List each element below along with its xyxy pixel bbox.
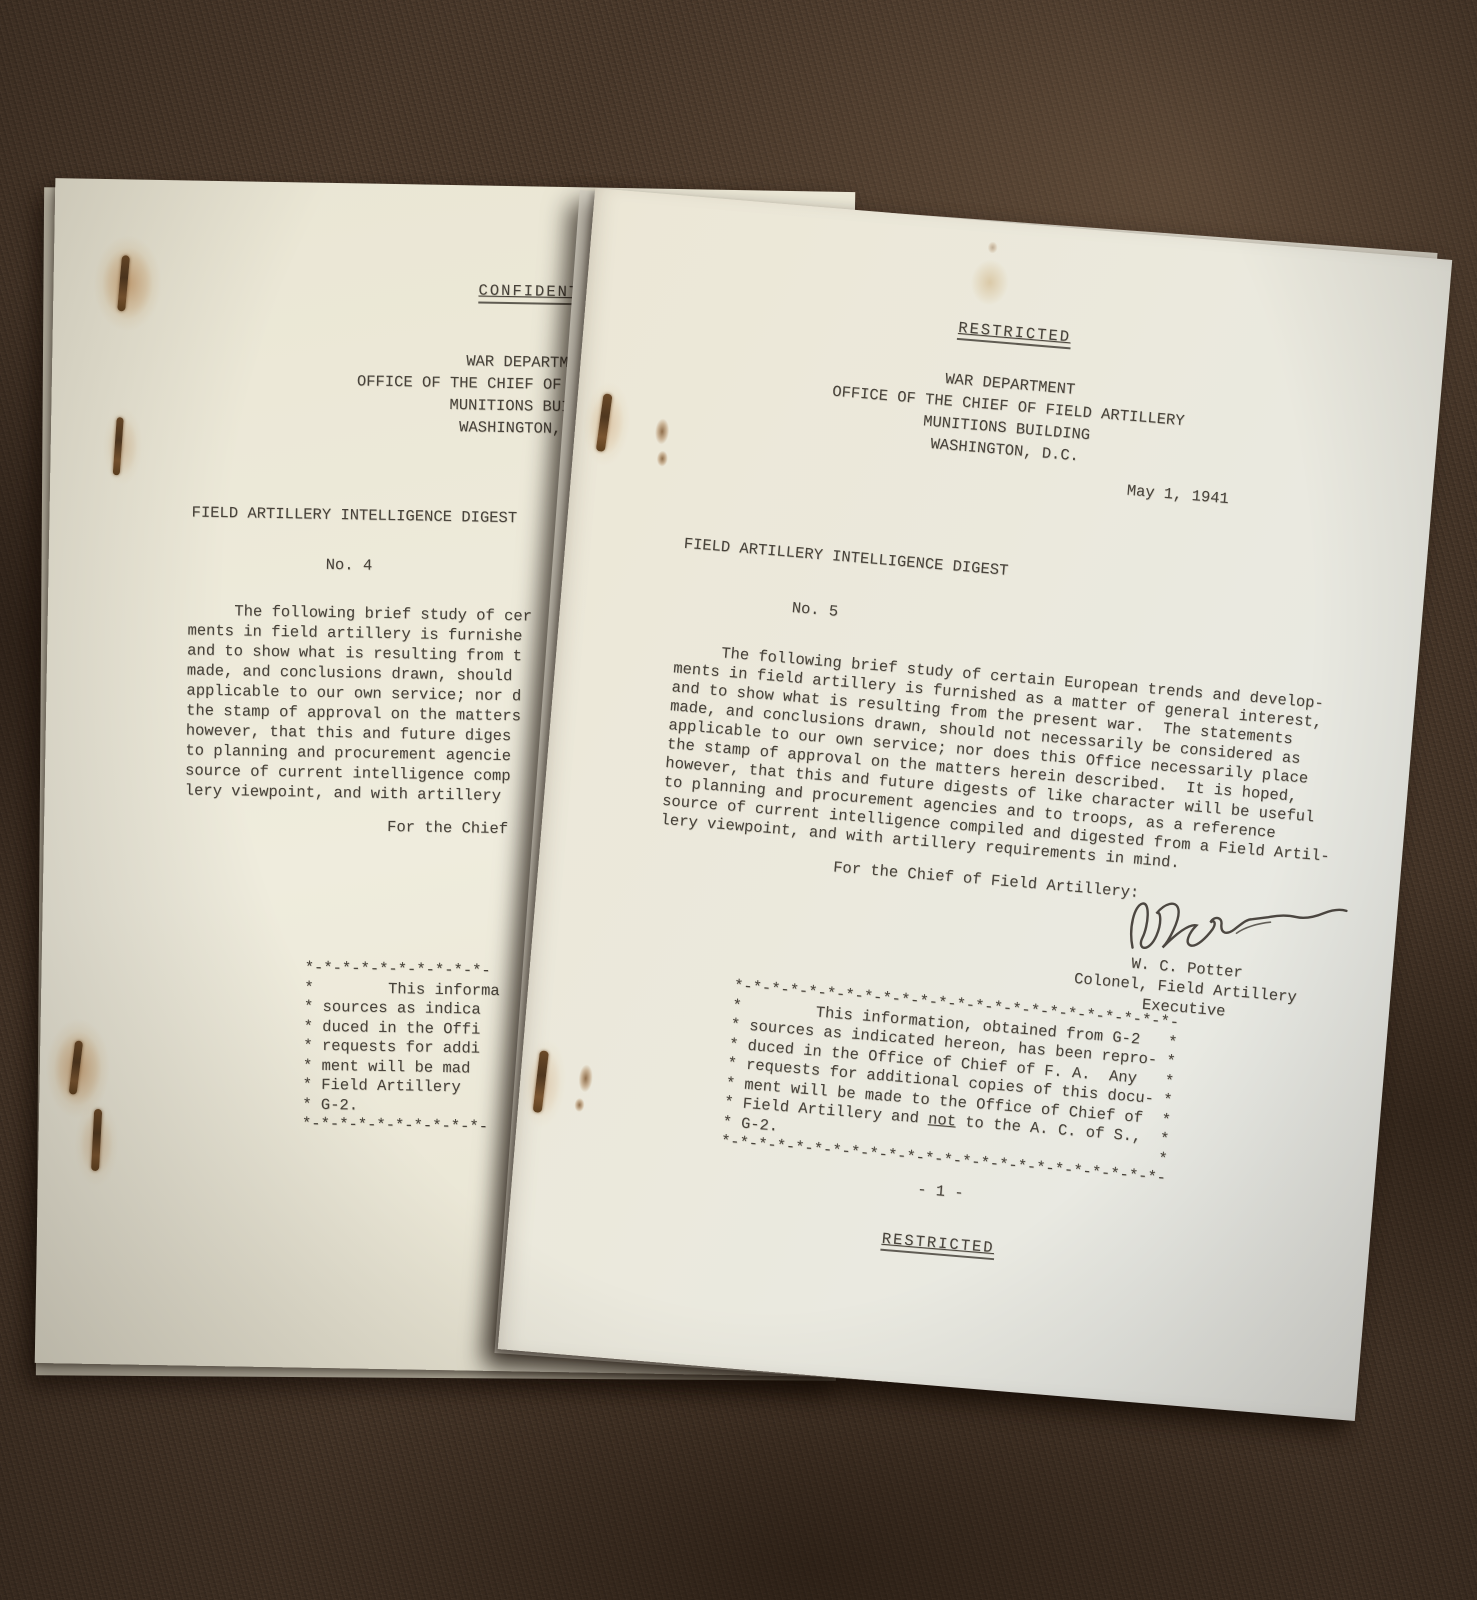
rust-stain — [574, 1098, 585, 1113]
photo-scene: CONFIDENTIA WAR DEPARTM OFFICE OF THE CH… — [0, 0, 1477, 1600]
note-box-border: *-*-*-*-*-*-*-*-*-*- — [304, 959, 500, 982]
front-note-box: *-*-*-*-*-*-*-*-*-*-*-*-*-*-*-*-*-*-*-*-… — [720, 977, 1180, 1189]
front-document: RESTRICTED WAR DEPARTMENT OFFICE OF THE … — [498, 188, 1452, 1421]
underlined-not: not — [927, 1110, 956, 1130]
restricted-label: RESTRICTED — [881, 1230, 995, 1260]
front-document-number: No. 5 — [791, 599, 839, 622]
note-box-line: * requests for addi — [303, 1037, 499, 1060]
back-document-title: FIELD ARTILLERY INTELLIGENCE DIGEST — [191, 503, 517, 529]
front-body-paragraph: The following brief study of certain Eur… — [660, 640, 1343, 885]
rust-stain — [656, 450, 668, 467]
front-document-title: FIELD ARTILLERY INTELLIGENCE DIGEST — [683, 535, 1009, 581]
rust-stain — [578, 1064, 594, 1093]
back-document-number: No. 4 — [326, 555, 373, 576]
paper-stain — [969, 258, 1011, 307]
back-note-box: *-*-*-*-*-*-*-*-*-*- * This informa * so… — [302, 959, 500, 1138]
note-box-border: *-*-*-*-*-*-*-*-*-*- — [302, 1115, 498, 1138]
note-box-line: * Field Artillery — [302, 1076, 498, 1099]
restricted-label: RESTRICTED — [957, 319, 1071, 349]
back-salutation: For the Chief — [387, 817, 508, 839]
back-body-paragraph: The following brief study of cer ments i… — [185, 600, 533, 806]
document-date: May 1, 1941 — [1126, 482, 1230, 509]
note-box-line: * sources as indica — [304, 998, 500, 1021]
front-classification-bottom: RESTRICTED — [509, 1199, 1368, 1290]
paper-stain — [987, 241, 998, 254]
